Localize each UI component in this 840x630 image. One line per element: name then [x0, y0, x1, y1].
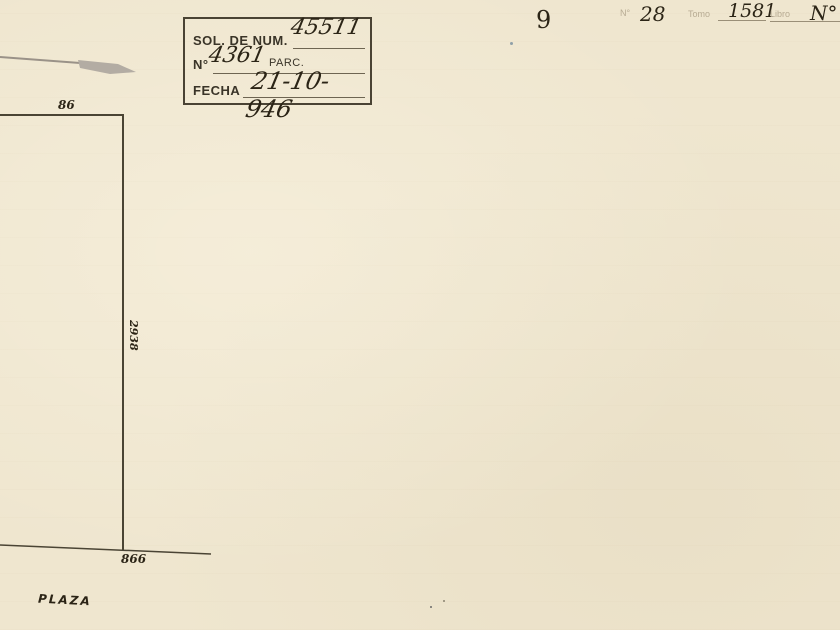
- parcel-right-boundary: [122, 114, 124, 550]
- paper-speck: [430, 606, 432, 608]
- field-2-underline: [718, 20, 766, 21]
- stamp-sol-line: [293, 48, 365, 49]
- north-arrow-icon: [0, 52, 138, 74]
- stamp-sol-value: 45511: [288, 15, 363, 40]
- parcel-top-boundary: [0, 114, 124, 116]
- right-dimension-label: 2938: [127, 320, 140, 351]
- field-3-underline: [770, 21, 840, 22]
- paper-speck: [510, 42, 513, 45]
- stamp-n-value: 4361: [206, 43, 267, 68]
- field-1-label: N°: [620, 8, 630, 18]
- field-2-label: Tomo: [688, 9, 710, 19]
- street-line: [0, 540, 215, 560]
- page-number: 9: [536, 6, 551, 34]
- stamp-fecha-value: 21-10-946: [243, 67, 376, 123]
- field-1-value: 28: [640, 2, 665, 26]
- stamp-fecha-label: FECHA: [193, 83, 240, 98]
- bottom-dimension-label: 866: [121, 552, 146, 566]
- top-dimension-label: 86: [58, 98, 75, 112]
- street-label-plaza: PLAZA: [38, 592, 92, 609]
- field-3-label: Libro: [770, 9, 790, 19]
- registration-stamp: SOL. DE NUM. 45511 N° 4361 PARC. FECHA 2…: [183, 17, 372, 105]
- paper-speck: [443, 600, 445, 602]
